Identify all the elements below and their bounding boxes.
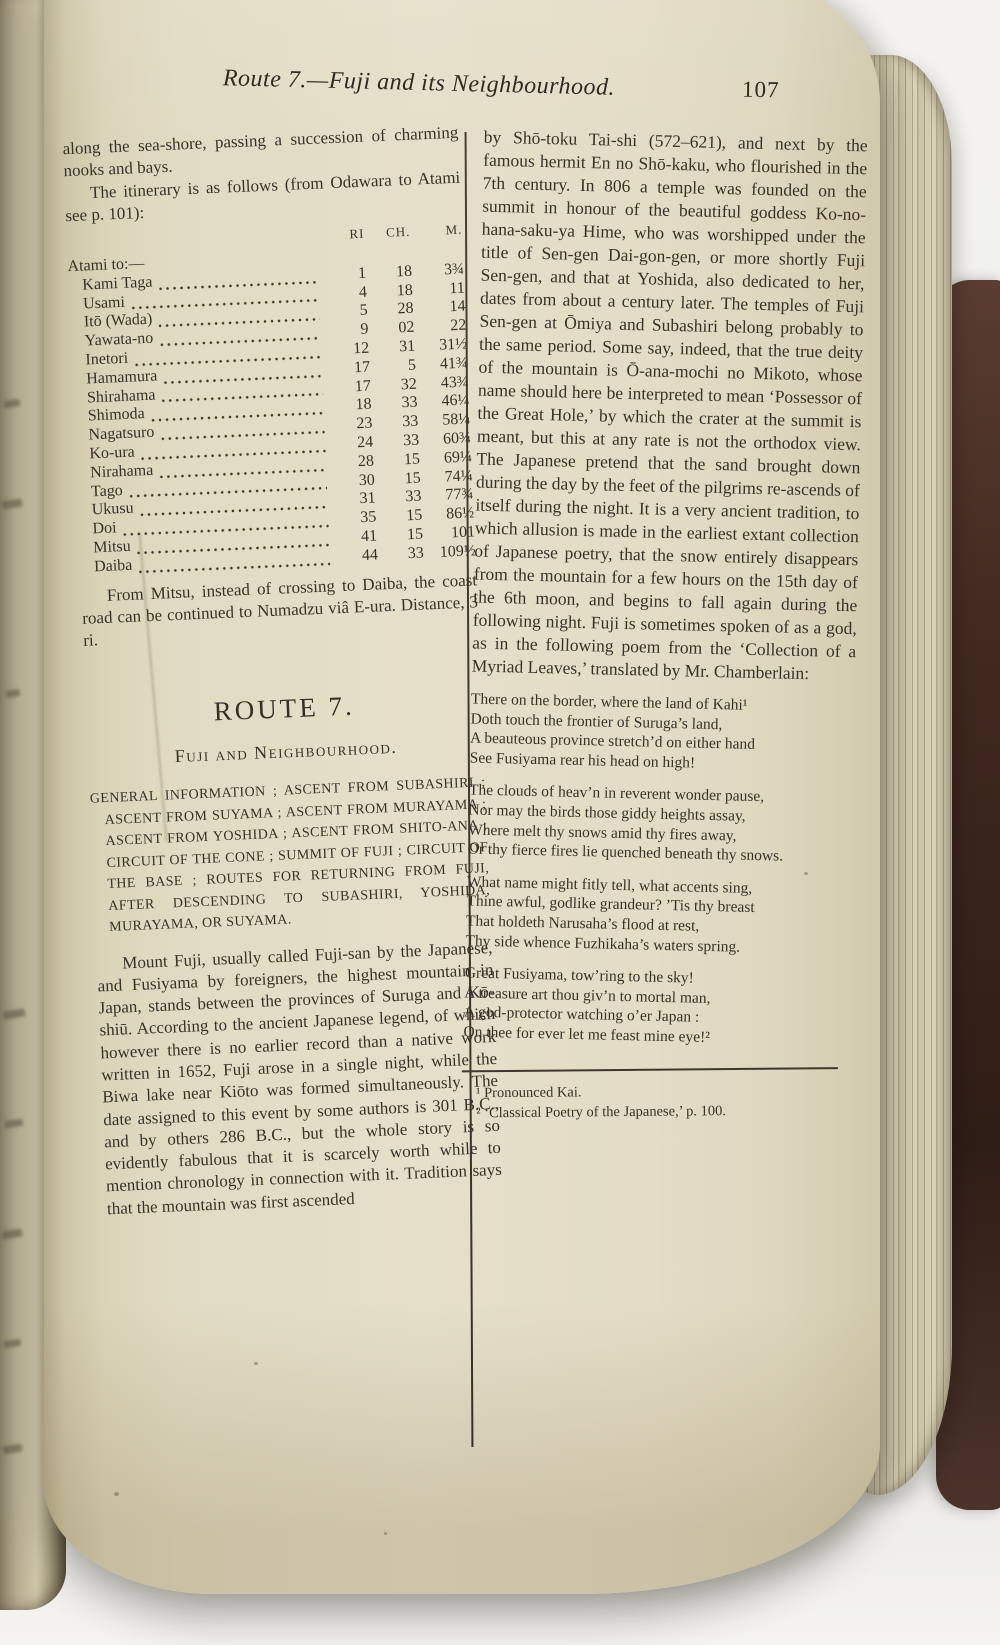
distance-ri: 41 — [335, 527, 378, 548]
distance-cho: 15 — [377, 525, 424, 546]
distance-miles: 60¾ — [419, 429, 472, 450]
poem: There on the border, where the land of K… — [463, 689, 855, 1050]
distance-cho: 5 — [370, 356, 417, 377]
poem-stanza: There on the border, where the land of K… — [469, 689, 839, 776]
table-body: Kami Taga 1 18 3¾ Usami 4 18 11 — [68, 260, 476, 577]
place-name: Nirahama — [76, 462, 154, 484]
poem-stanza: The clouds of heav’n in reverent wonder … — [467, 781, 837, 868]
dot-leader — [139, 562, 331, 573]
distance-miles: 86½ — [422, 505, 475, 526]
paper-speck — [114, 1492, 119, 1496]
place-name: Daiba — [80, 556, 133, 577]
distance-cho: 18 — [367, 281, 414, 302]
distance-cho: 02 — [368, 319, 415, 340]
distance-ri: 44 — [336, 546, 379, 567]
route-subheading: Fuji and Neighbourhood. — [88, 732, 485, 771]
distance-miles: 46¼ — [417, 392, 470, 413]
column-header-ch: CH. — [364, 223, 411, 244]
distance-miles: 58¼ — [418, 411, 471, 432]
distance-cho: 33 — [371, 394, 418, 415]
paragraph: by Shō-toku Tai-shi (572–621), and next … — [472, 126, 868, 687]
footnote: ² ‘Classical Poetry of the Japanese,’ p.… — [462, 1100, 846, 1123]
distance-miles: 69¼ — [420, 448, 473, 469]
distance-miles: 22 — [414, 317, 467, 338]
distance-ri: 31 — [333, 490, 376, 511]
place-name: Nagatsuro — [74, 424, 154, 446]
paragraph: From Mitsu, instead of crossing to Daiba… — [81, 569, 479, 652]
footnotes: ¹ Pronounced Kai.² ‘Classical Poetry of … — [462, 1081, 846, 1123]
distance-cho: 33 — [375, 488, 422, 509]
distance-cho: 32 — [370, 375, 417, 396]
column-header-ri: RI — [322, 225, 365, 246]
place-name: Tago — [77, 482, 124, 503]
distance-ri: 5 — [325, 302, 368, 323]
running-title: Route 7.—Fuji and its Neighbourhood. — [154, 64, 685, 104]
route-contents-summary: GENERAL INFORMATION ; ASCENT FROM SUBASH… — [89, 772, 491, 939]
distance-ri: 12 — [327, 340, 370, 361]
distance-miles: 77¾ — [421, 486, 474, 507]
place-name: Ukusu — [77, 500, 134, 521]
distance-ri: 23 — [330, 415, 373, 436]
itinerary-table: RI CH. M. Atami to:— Kami Taga 1 18 3¾ — [66, 221, 476, 578]
distance-ri: 1 — [324, 264, 367, 285]
distance-miles: 43¾ — [416, 373, 469, 394]
distance-miles: 74¼ — [420, 467, 473, 488]
paper-speck — [254, 1362, 258, 1365]
place-name: Mitsu — [79, 538, 131, 559]
place-name: Doi — [78, 520, 117, 540]
footnote: ¹ Pronounced Kai. — [462, 1081, 846, 1104]
place-name: Kami Taga — [68, 273, 153, 295]
distance-cho: 18 — [366, 263, 413, 284]
footnote-block: ¹ Pronounced Kai.² ‘Classical Poetry of … — [462, 1067, 846, 1123]
distance-miles: 31½ — [415, 335, 468, 356]
distance-ri: 4 — [325, 283, 368, 304]
paper-speck — [384, 1532, 387, 1535]
place-name: Usami — [69, 293, 126, 314]
page-number: 107 — [742, 77, 780, 104]
distance-miles: 11 — [412, 279, 465, 300]
distance-ri: 30 — [332, 471, 375, 492]
column-header-m: M. — [410, 221, 463, 242]
distance-ri: 9 — [326, 321, 369, 342]
book-page: Route 7.—Fuji and its Neighbourhood. 107… — [44, 0, 880, 1594]
route-heading: ROUTE 7. — [86, 690, 483, 729]
distance-cho: 31 — [369, 338, 416, 359]
distance-miles: 101 — [423, 523, 476, 544]
place-name: Yawata-no — [70, 330, 153, 352]
distance-cho: 15 — [376, 507, 423, 528]
distance-ri: 18 — [329, 396, 372, 417]
poem-stanza: What name might fitly tell, what accents… — [465, 872, 835, 959]
distance-cho: 33 — [373, 432, 420, 453]
place-name: Ko-ura — [75, 443, 135, 464]
footnote-rule — [462, 1067, 838, 1072]
distance-ri: 17 — [328, 358, 371, 379]
distance-cho: 33 — [372, 413, 419, 434]
place-name: Inetori — [71, 350, 128, 371]
distance-cho: 15 — [374, 469, 421, 490]
paragraph: Mount Fuji, usually called Fuji-san by t… — [96, 937, 503, 1221]
right-column: by Shō-toku Tai-shi (572–621), and next … — [462, 126, 868, 1126]
distance-cho: 28 — [367, 300, 414, 321]
left-column: along the sea-shore, passing a successio… — [62, 122, 503, 1221]
distance-ri: 35 — [334, 509, 377, 530]
poem-stanza: Great Fusiyama, tow’ring to the sky!A tr… — [463, 964, 833, 1051]
distance-miles: 109½ — [423, 542, 476, 563]
distance-miles: 14 — [413, 298, 466, 319]
distance-miles: 41¾ — [416, 354, 469, 375]
distance-miles: 3¾ — [412, 260, 465, 281]
distance-cho: 33 — [378, 544, 425, 565]
distance-ri: 17 — [328, 377, 371, 398]
distance-cho: 15 — [374, 450, 421, 471]
distance-ri: 24 — [331, 433, 374, 454]
scanned-book-photo: Route 7.—Fuji and its Neighbourhood. 107… — [0, 0, 1000, 1645]
distance-ri: 28 — [332, 452, 375, 473]
